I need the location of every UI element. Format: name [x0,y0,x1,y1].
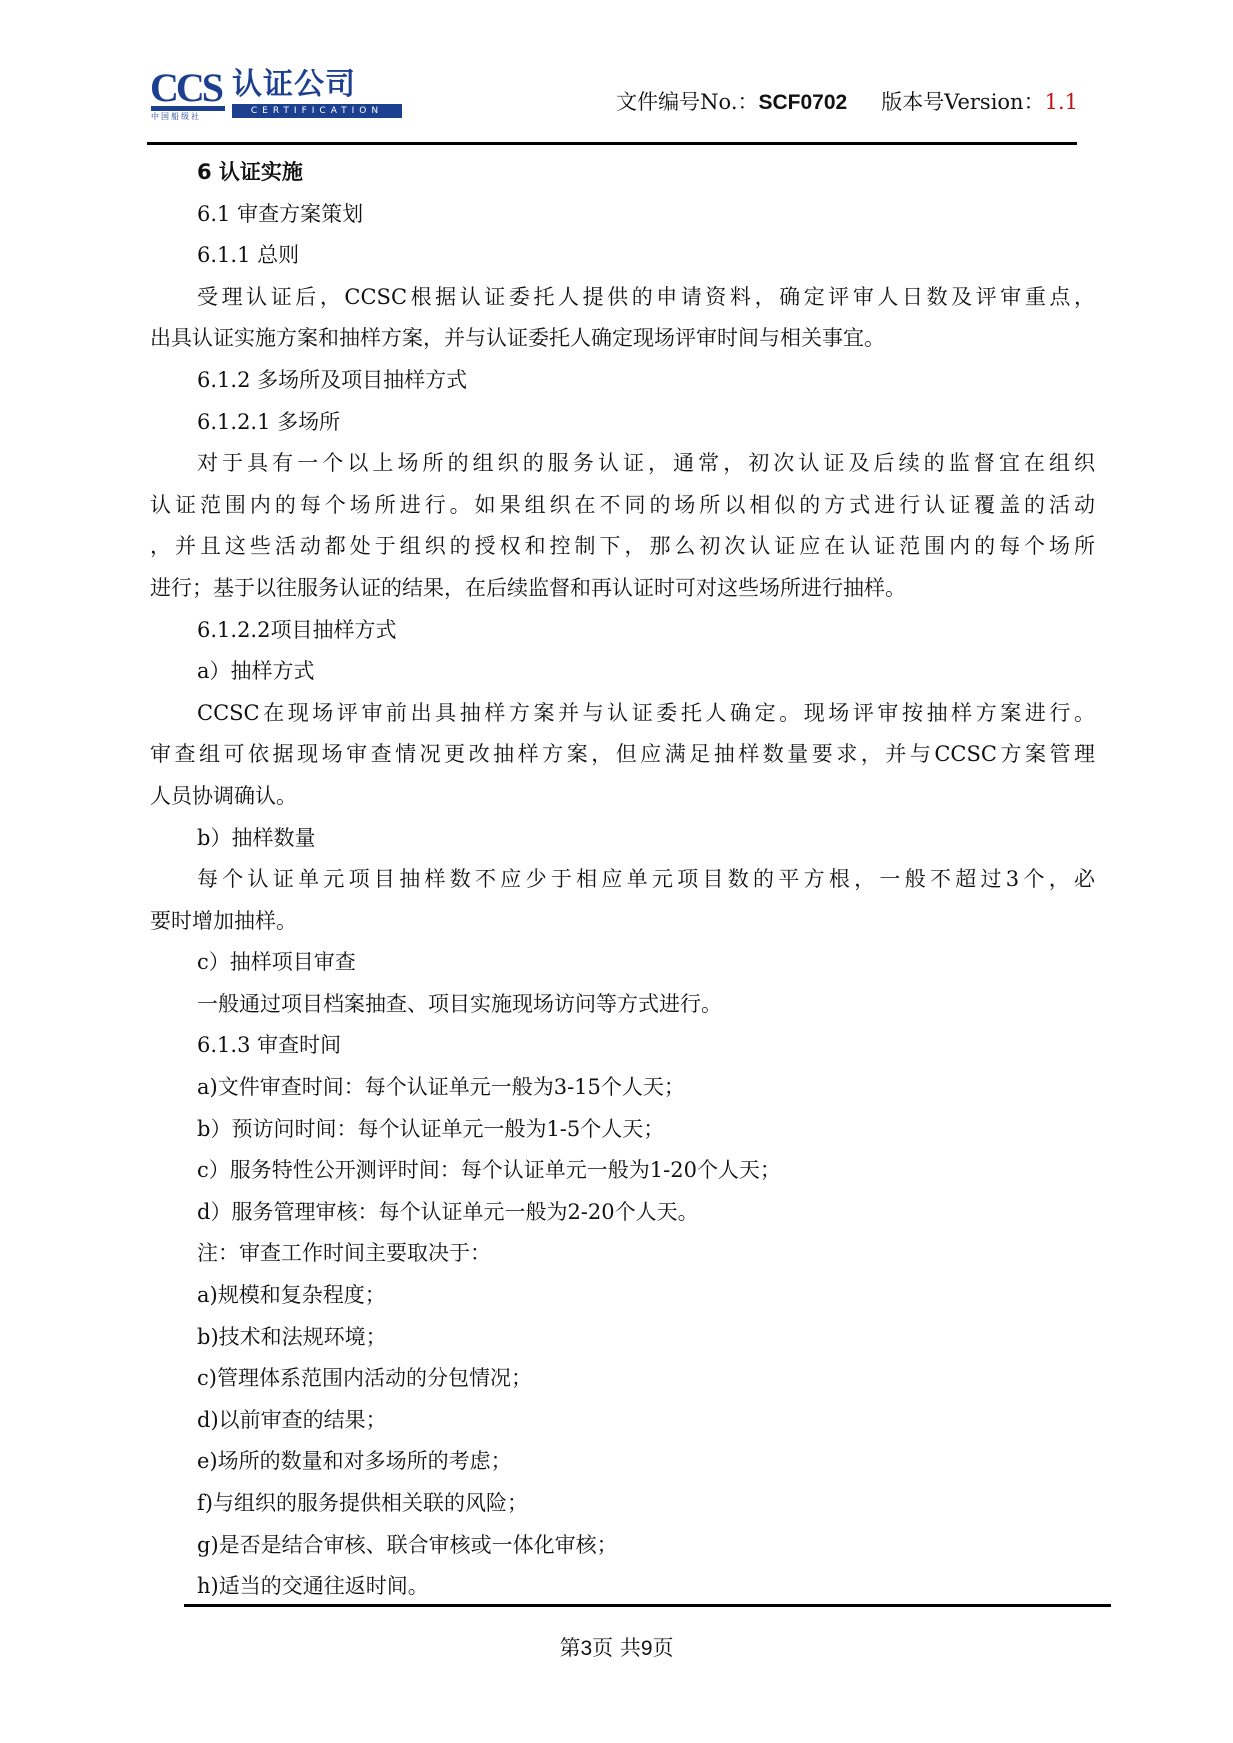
text-line: 6.1.2 多场所及项目抽样方式 [150,360,1095,402]
text-line: c)管理体系范围内活动的分包情况； [150,1358,1095,1400]
version-label: 版本号Version： [881,90,1044,114]
text-line: 注：审查工作时间主要取决于： [150,1233,1095,1275]
text-line: 审查组可依据现场审查情况更改抽样方案，但应满足抽样数量要求，并与CCSC方案管理 [150,734,1095,776]
text-line: 6.1 审查方案策划 [150,194,1095,236]
text-line: c）抽样项目审查 [150,942,1095,984]
total-pages: 9 [641,1637,653,1660]
logo-mark: CCS [150,68,221,108]
text-line: c）服务特性公开测评时间：每个认证单元一般为1-20个人天； [150,1150,1095,1192]
text-line: CCSC在现场评审前出具抽样方案并与认证委托人确定。现场评审按抽样方案进行。 [150,693,1095,735]
text-line: 要时增加抽样。 [150,901,1095,943]
footer-divider [184,1604,1111,1607]
text-line: ，并且这些活动都处于组织的授权和控制下，那么初次认证应在认证范围内的每个场所 [150,526,1095,568]
text-line: b）抽样数量 [150,818,1095,860]
text-line: 一般通过项目档案抽查、项目实施现场访问等方式进行。 [150,984,1095,1026]
text-line: 6.1.3 审查时间 [150,1025,1095,1067]
text-line: a）抽样方式 [150,651,1095,693]
text-line: 认证范围内的每个场所进行。如果组织在不同的场所以相似的方式进行认证覆盖的活动 [150,485,1095,527]
doc-no: SCF0702 [759,91,848,114]
logo-certification-band: CERTIFICATION [232,104,402,118]
text-line: 进行；基于以往服务认证的结果，在后续监督和再认证时可对这些场所进行抽样。 [150,568,1095,610]
text-line: d）服务管理审核：每个认证单元一般为2-20个人天。 [150,1192,1095,1234]
footer-suffix: 页 [653,1636,674,1660]
footer-prefix: 第 [559,1636,580,1660]
header-divider [147,142,1077,145]
logo-society-cn: 中国船级社 [151,111,201,122]
current-page: 3 [580,1637,592,1660]
doc-no-label: 文件编号No.： [616,90,758,114]
text-line: 6.1.2.1 多场所 [150,402,1095,444]
text-line: b)技术和法规环境； [150,1317,1095,1359]
version-number: 1.1 [1045,90,1078,114]
text-line: a)文件审查时间：每个认证单元一般为3-15个人天； [150,1067,1095,1109]
text-line: 6.1.2.2项目抽样方式 [150,610,1095,652]
text-line: 每个认证单元项目抽样数不应少于相应单元项目数的平方根，一般不超过3个，必 [150,859,1095,901]
section-heading: 6 认证实施 [150,152,1095,194]
page-footer: 第3页 共9页 [0,1632,1233,1662]
text-line: f)与组织的服务提供相关联的风险； [150,1483,1095,1525]
text-line: a)规模和复杂程度； [150,1275,1095,1317]
text-line: 对于具有一个以上场所的组织的服务认证，通常，初次认证及后续的监督宜在组织 [150,443,1095,485]
text-line: d)以前审查的结果； [150,1400,1095,1442]
text-line: 6.1.1 总则 [150,235,1095,277]
text-line: g)是否是结合审核、联合审核或一体化审核； [150,1525,1095,1567]
text-line: h)适当的交通往返时间。 [150,1566,1095,1608]
text-line: e)场所的数量和对多场所的考虑； [150,1441,1095,1483]
company-logo: CCS 中国船级社 认证公司 CERTIFICATION [150,68,404,118]
document-info: 文件编号No.：SCF0702版本号Version：1.1 [616,88,1078,117]
text-line: 出具认证实施方案和抽样方案，并与认证委托人确定现场评审时间与相关事宜。 [150,318,1095,360]
text-line: 人员协调确认。 [150,776,1095,818]
footer-mid: 页 共 [592,1636,641,1660]
text-line: b）预访问时间：每个认证单元一般为1-5个人天； [150,1109,1095,1151]
text-line: 受理认证后，CCSC根据认证委托人提供的申请资料，确定评审人日数及评审重点， [150,277,1095,319]
document-body: 6 认证实施6.1 审查方案策划6.1.1 总则受理认证后，CCSC根据认证委托… [150,152,1095,1608]
logo-name-cn: 认证公司 [232,68,356,102]
